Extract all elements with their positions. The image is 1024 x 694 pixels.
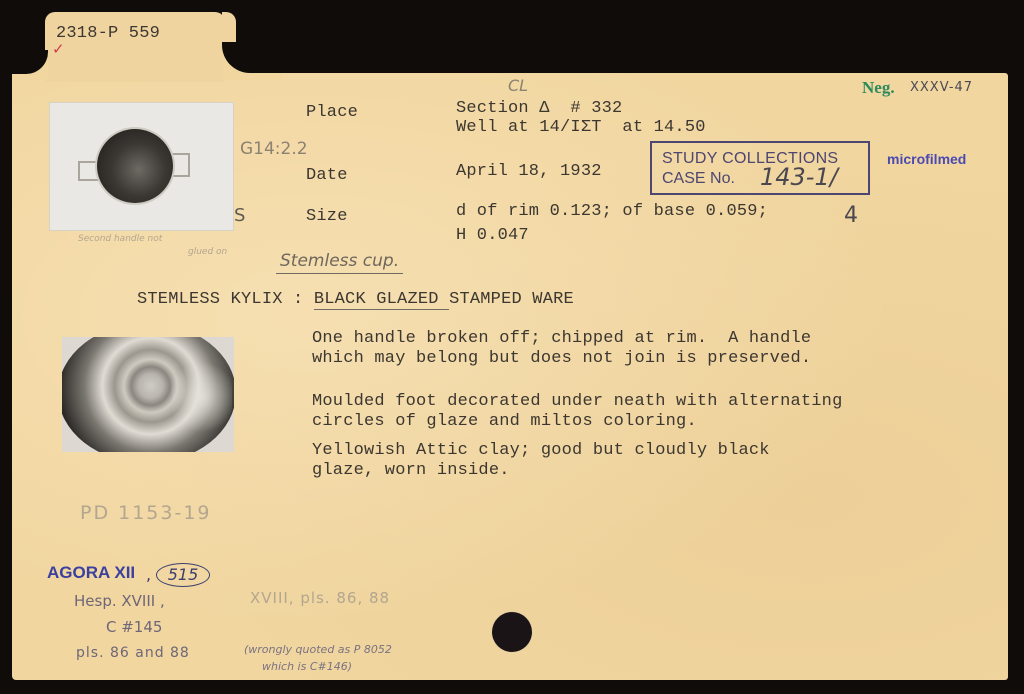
cup-handle-left	[78, 161, 98, 181]
handwritten-title: Stemless cup.	[276, 251, 403, 274]
place-line-2: Well at 14/IΣT at 14.50	[456, 118, 706, 138]
photo-underside-view	[62, 337, 234, 452]
title-ware: STAMPED WARE	[449, 290, 574, 309]
description-line-2: which may belong but does not join is pr…	[312, 349, 811, 369]
title-ware-underlined: BLACK GLAZED	[314, 290, 449, 310]
photo-caption-1: Second handle not	[78, 234, 162, 244]
title-object-type: STEMLESS KYLIX :	[137, 290, 314, 309]
kylix-top-image	[97, 129, 173, 203]
description-line-1: One handle broken off; chipped at rim. A…	[312, 329, 811, 349]
photo-top-view	[50, 103, 233, 230]
tab-shoulder-right	[222, 12, 282, 80]
neg-number: XXXV-47	[910, 80, 973, 95]
case-number: 143-1/	[760, 163, 838, 191]
punch-hole	[492, 612, 532, 652]
inventory-number: 2318-P 559	[56, 24, 160, 44]
date-label: Date	[306, 166, 348, 186]
microfilmed-stamp: microfilmed	[887, 151, 966, 167]
object-title: STEMLESS KYLIX : BLACK GLAZED STAMPED WA…	[137, 290, 574, 310]
correction-note-1: (wrongly quoted as P 8052	[244, 643, 392, 656]
place-line-1: Section Δ # 332	[456, 99, 622, 119]
pencil-inventory: G14:2.2	[240, 139, 308, 159]
description-line-4: circles of glaze and miltos coloring.	[312, 412, 697, 432]
size-line-2: H 0.047	[456, 226, 529, 246]
c-number: C #145	[106, 618, 162, 636]
agora-stamp: AGORA XII	[47, 563, 135, 583]
case-fraction: 4	[844, 203, 858, 228]
cup-handle-right	[172, 153, 190, 177]
card-index-tab	[45, 12, 225, 82]
s-mark: S	[234, 205, 245, 226]
plates-reference: pls. 86 and 88	[76, 645, 190, 661]
size-line-1: d of rim 0.123; of base 0.059;	[456, 202, 768, 222]
description-line-3: Moulded foot decorated under neath with …	[312, 392, 843, 412]
check-mark-icon: ✓	[52, 40, 65, 58]
pd-number: PD 1153-19	[80, 502, 212, 524]
description-line-6: glaze, worn inside.	[312, 461, 510, 481]
xviii-plates-note: XVIII, pls. 86, 88	[250, 589, 390, 607]
cl-mark: CL	[508, 76, 528, 95]
tab-shoulder-left	[12, 50, 48, 80]
case-no-label: CASE No.	[662, 170, 735, 188]
description-line-5: Yellowish Attic clay; good but cloudly b…	[312, 441, 770, 461]
correction-note-2: which is C#146)	[262, 660, 352, 673]
agora-catalog-number: 515	[156, 563, 210, 587]
photo-caption-2: glued on	[188, 247, 227, 257]
size-label: Size	[306, 207, 348, 227]
place-label: Place	[306, 103, 358, 123]
glaze-wear	[172, 357, 232, 437]
hesperia-reference: Hesp. XVIII ,	[74, 592, 165, 610]
neg-stamp: Neg.	[862, 78, 895, 98]
agora-comma: ,	[146, 565, 151, 584]
date-value: April 18, 1932	[456, 162, 602, 182]
